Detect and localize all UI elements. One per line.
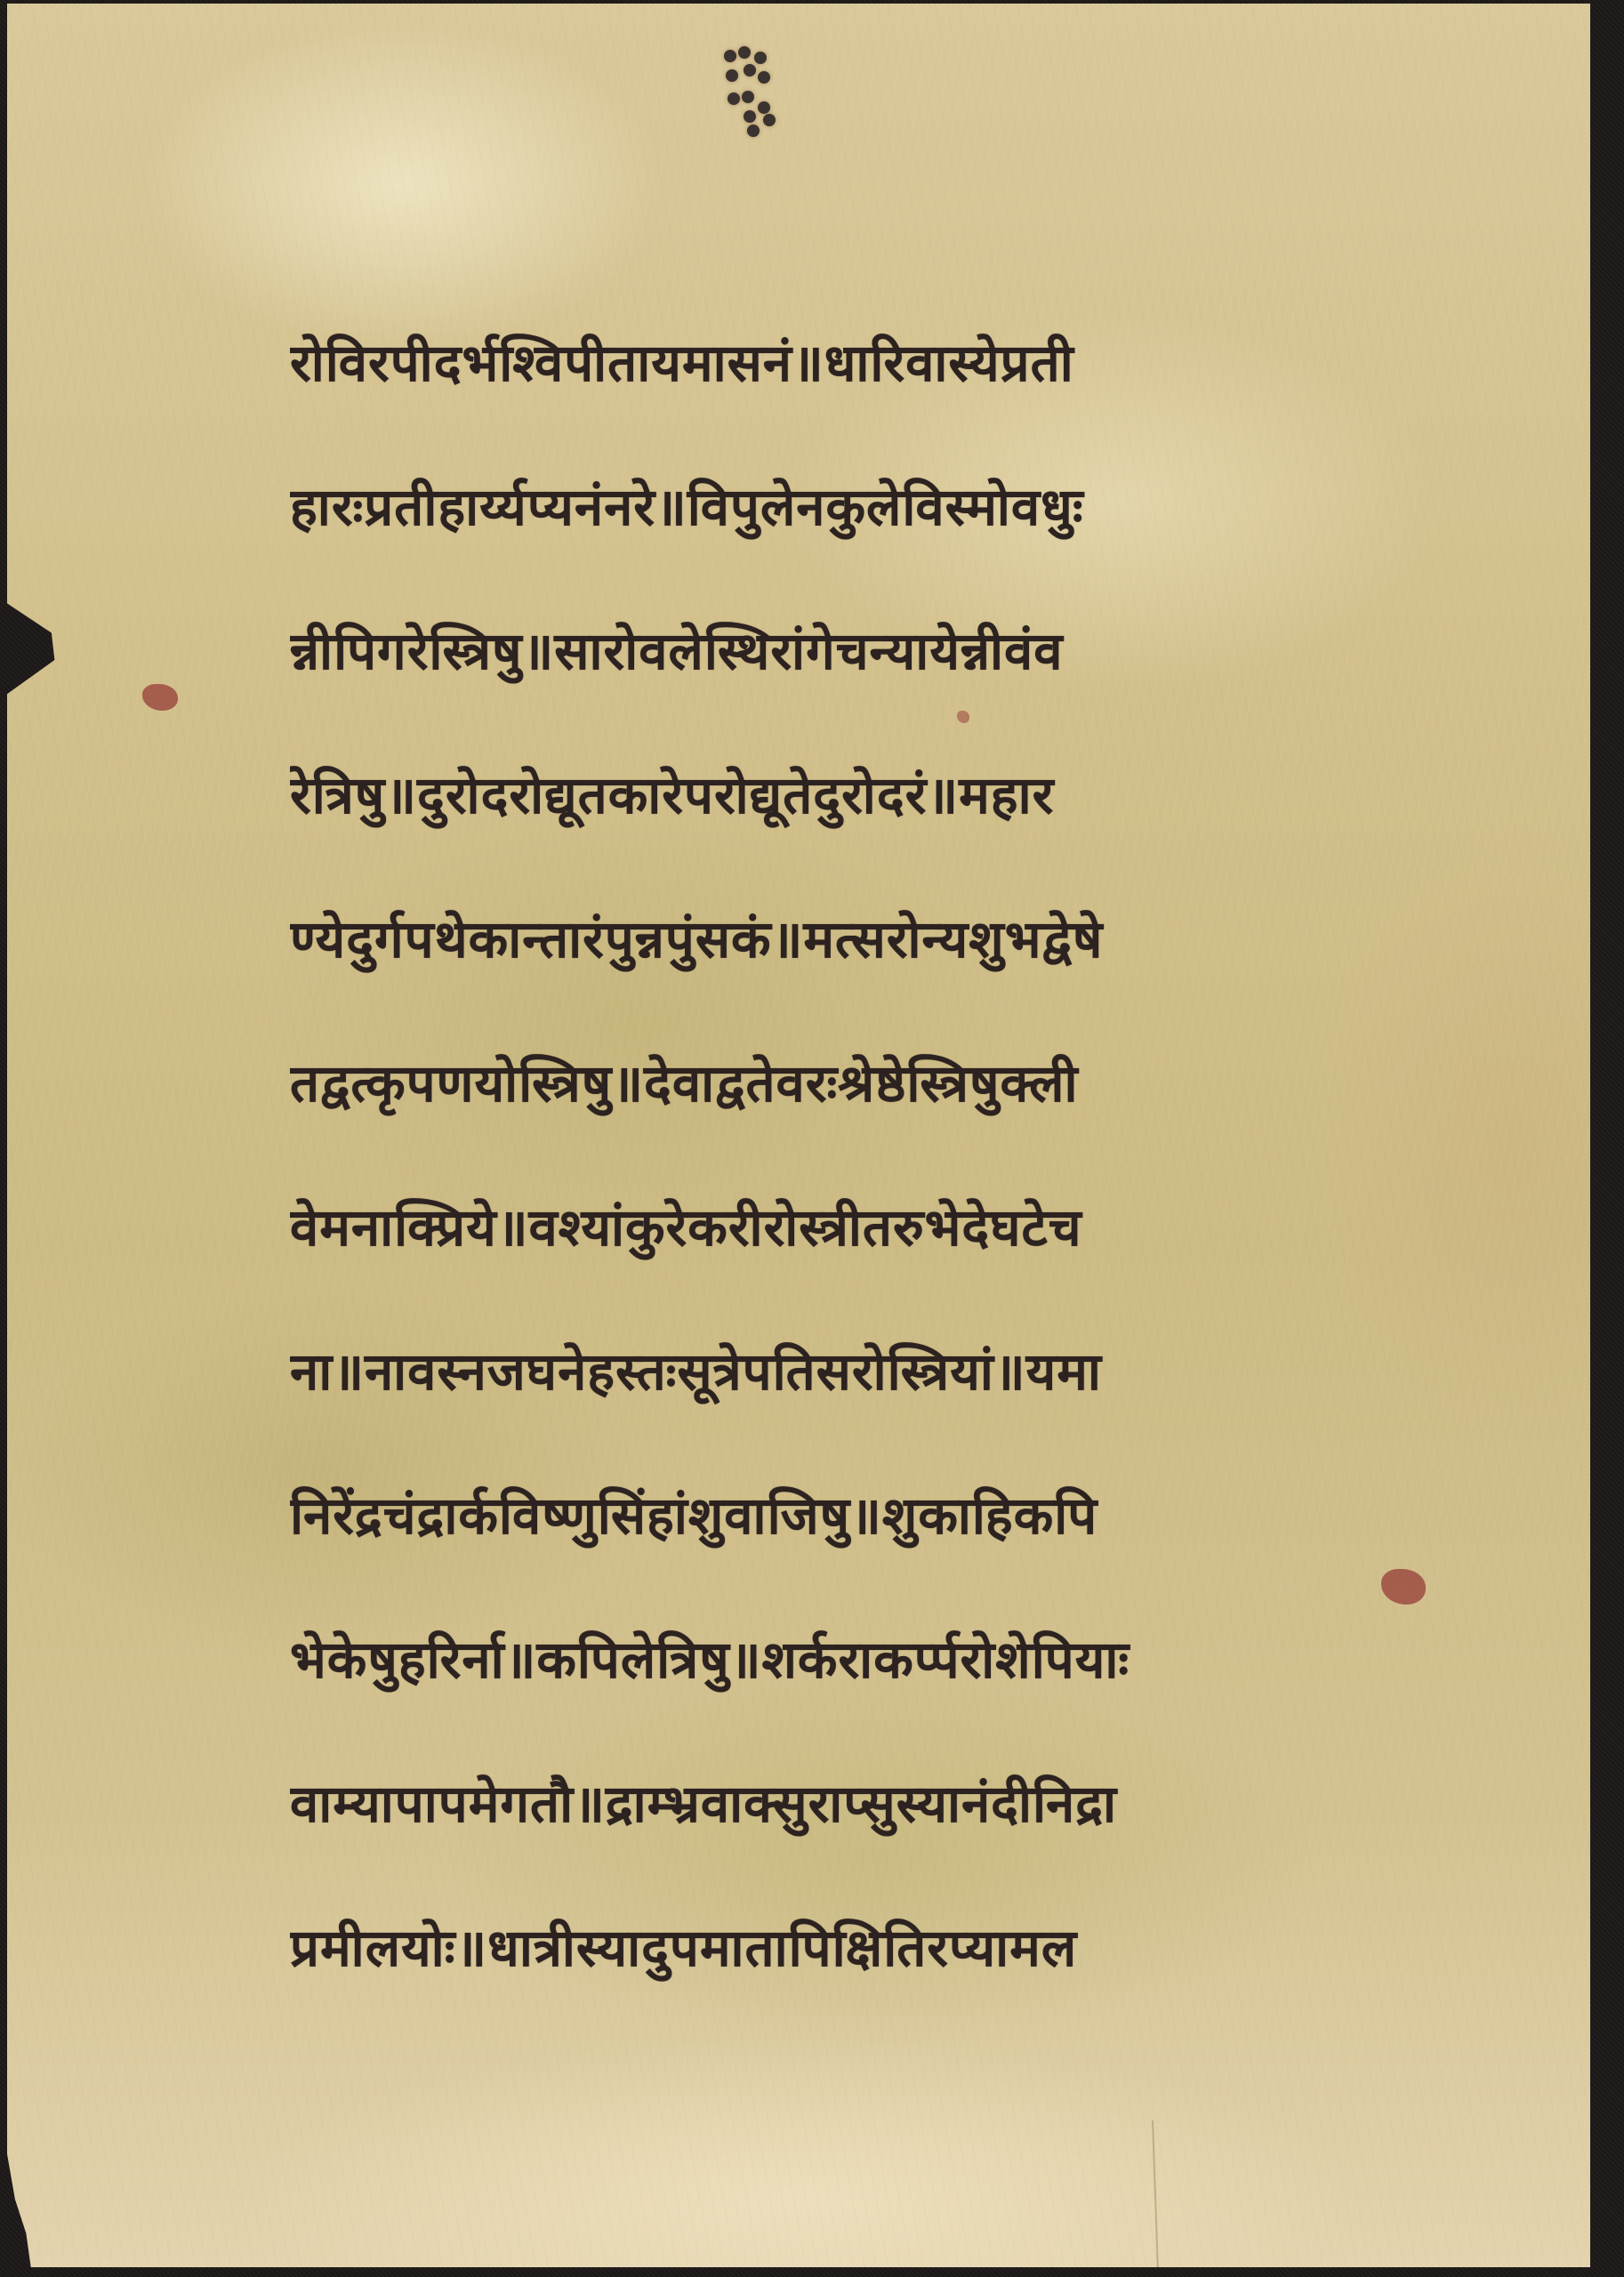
text-line: प्रमीलयोः॥धात्रीस्यादुपमातापिक्षितिरप्या… — [290, 1873, 1322, 2017]
text-line: वाम्यापापमेगतौ॥द्राम्भ्रवाक्सुराप्सुस्या… — [290, 1729, 1322, 1873]
text-line: तद्वत्कृपणयोस्त्रिषु॥देवाद्वतेवरःश्रेष्ठ… — [290, 1009, 1322, 1153]
text-line: रेत्रिषु॥दुरोदरोद्यूतकारेपरोद्यूतेदुरोदर… — [290, 720, 1322, 865]
text-line: न्नीपिगरेस्त्रिषु॥सारोवलेस्थिरांगेचन्याय… — [290, 576, 1322, 720]
manuscript-page: रोविरपीदर्भश्विपीतायमासनं॥धारिवास्येप्रत… — [7, 4, 1590, 2267]
text-line: ण्येदुर्गपथेकान्तारंपुन्नपुंसकं॥मत्सरोन्… — [290, 865, 1322, 1009]
paper-fold — [1152, 2120, 1159, 2272]
stain-mark — [142, 684, 178, 711]
text-line: रोविरपीदर्भश्विपीतायमासनं॥धारिवास्येप्रत… — [290, 288, 1322, 432]
text-line: भेकेषुहरिर्ना॥कपिलेत्रिषु॥शर्कराकर्प्परो… — [290, 1585, 1322, 1729]
text-line: हारःप्रतीहार्य्यप्यनंनरे॥विपुलेनकुलेविस्… — [290, 432, 1322, 576]
manuscript-text: रोविरपीदर्भश्विपीतायमासनं॥धारिवास्येप्रत… — [290, 288, 1322, 2017]
stain-mark — [1381, 1569, 1426, 1605]
text-line: वेमनाक्प्रिये॥वश्यांकुरेकरीरोस्त्रीतरुभे… — [290, 1153, 1322, 1297]
ornament-icon — [719, 39, 781, 137]
text-line: निरेंद्रचंद्रार्कविष्णुसिंहांशुवाजिषु॥शु… — [290, 1441, 1322, 1585]
photo-background: रोविरपीदर्भश्विपीतायमासनं॥धारिवास्येप्रत… — [0, 0, 1624, 2277]
text-line: ना॥नावस्नजघनेहस्तःसूत्रेपतिसरोस्त्रियां॥… — [290, 1297, 1322, 1441]
